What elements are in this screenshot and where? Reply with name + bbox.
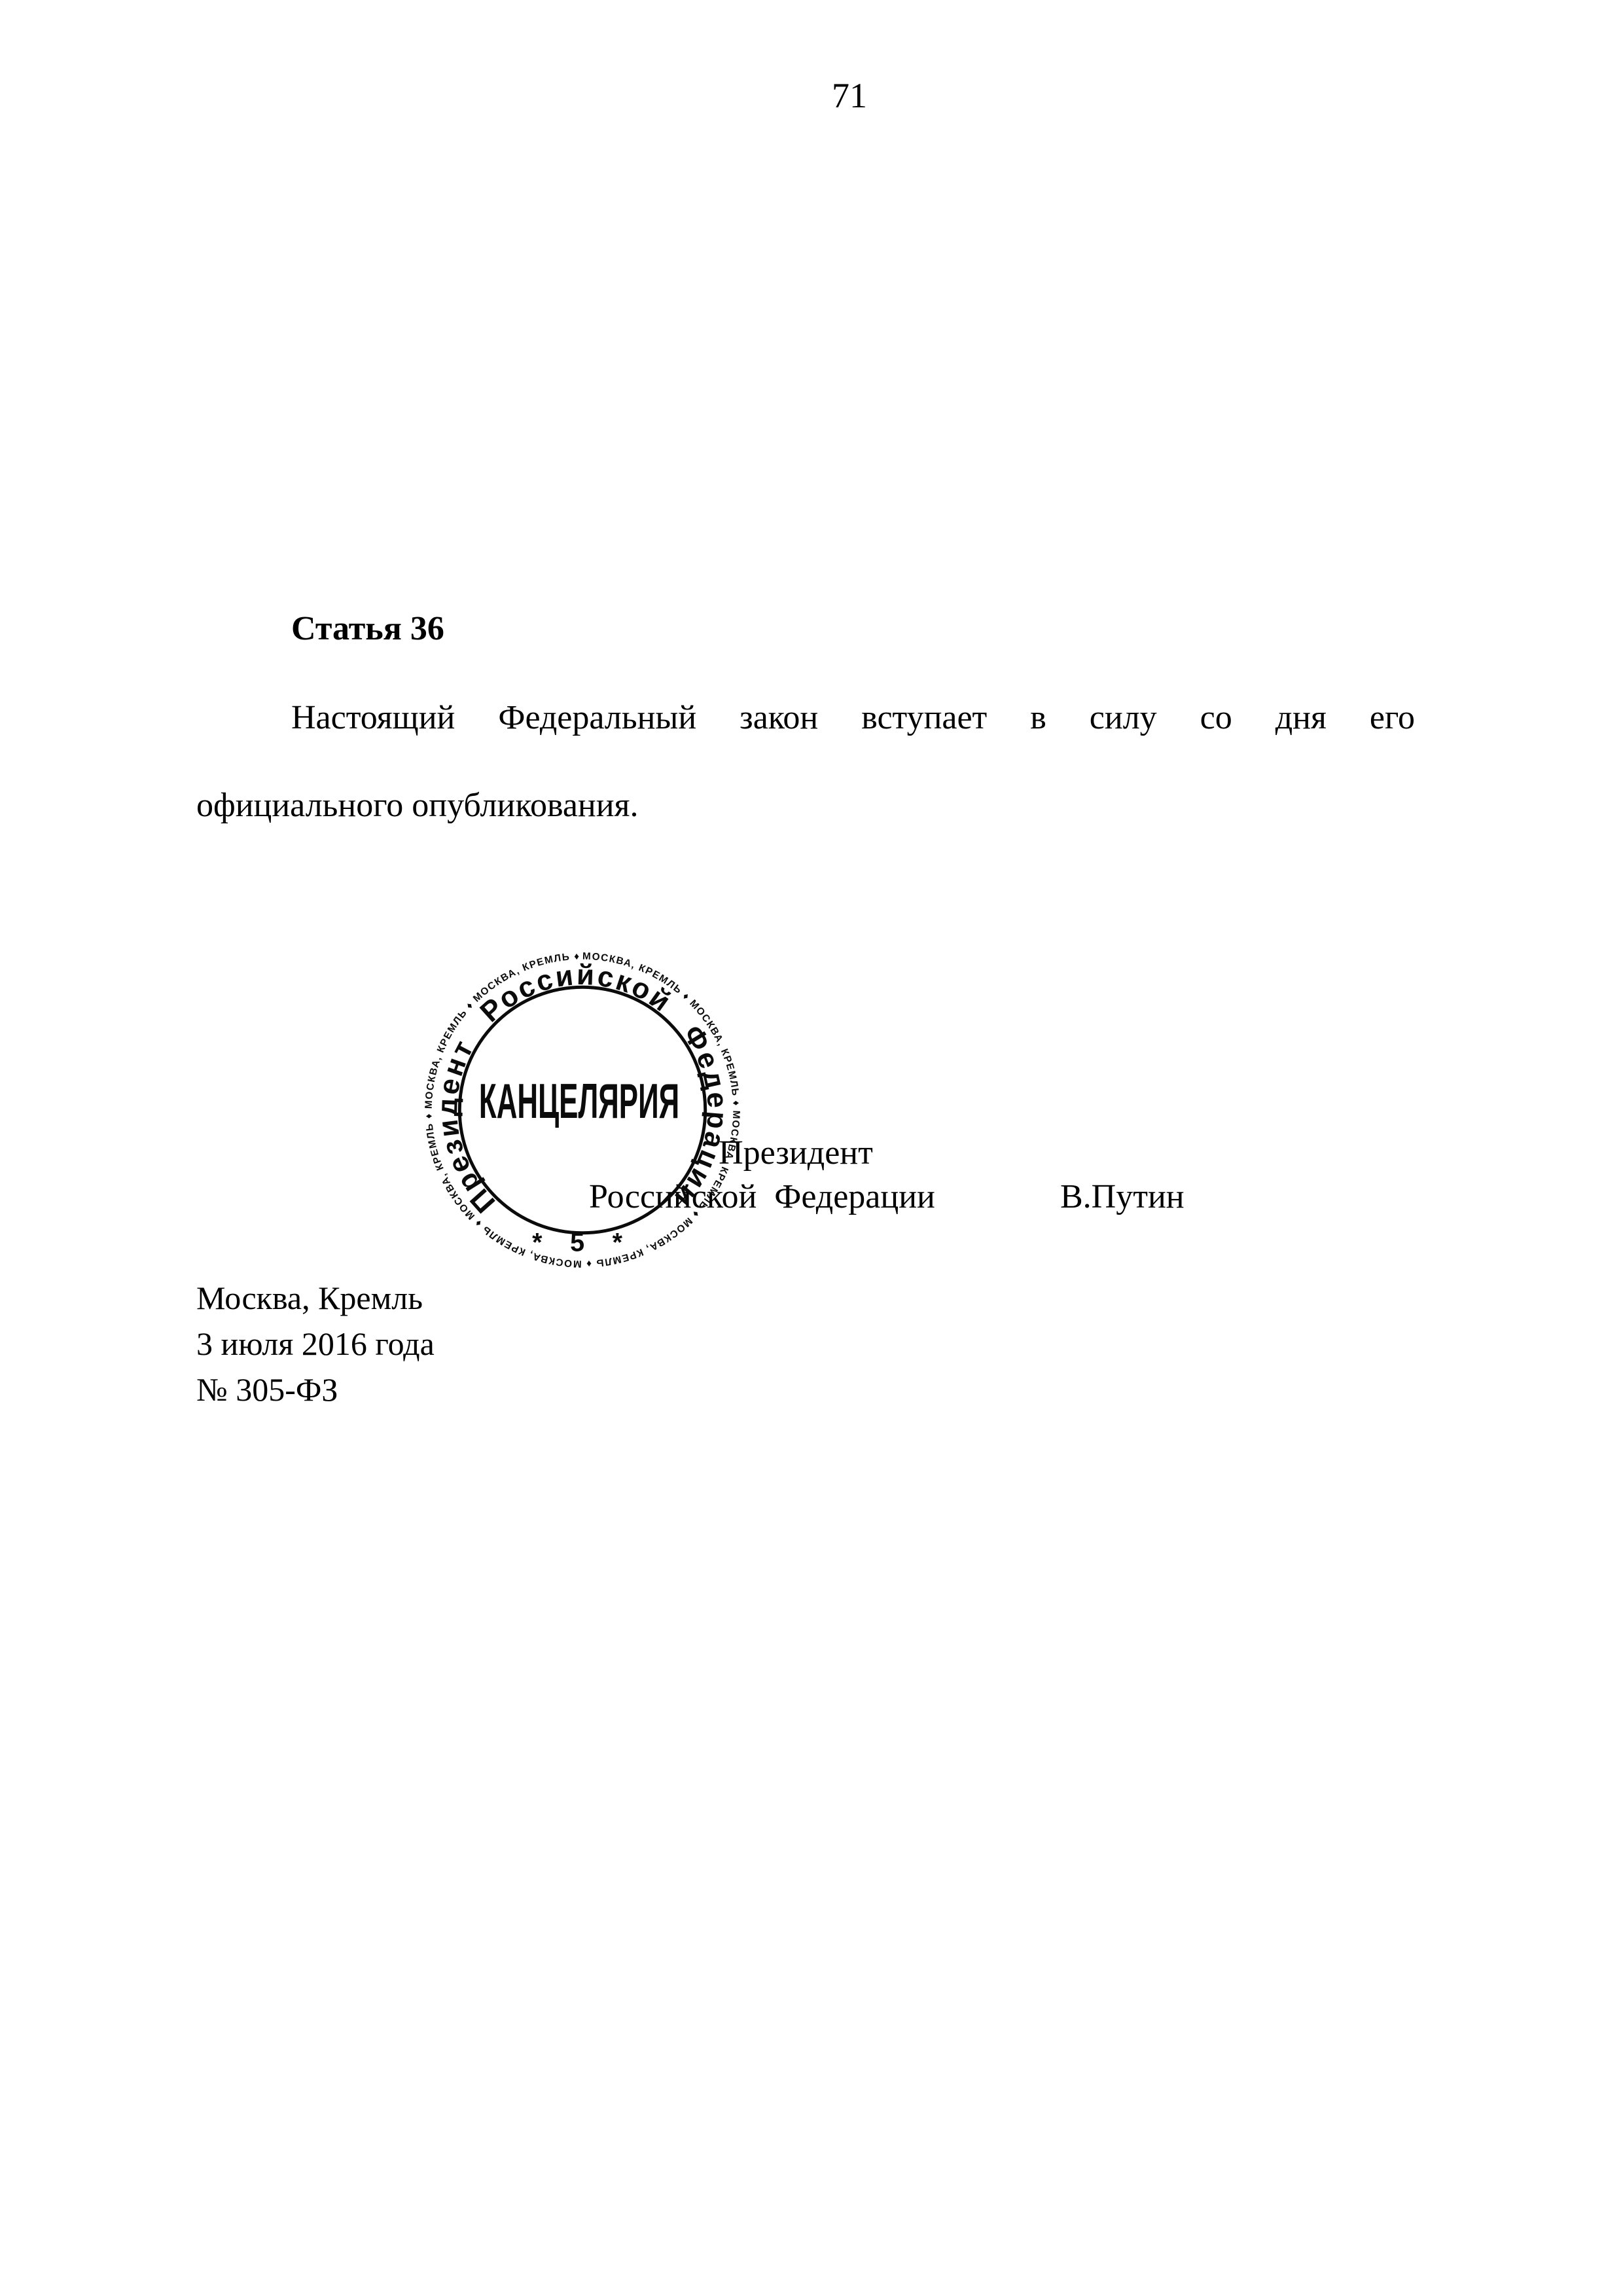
paragraph-line: официального опубликования.: [196, 762, 1415, 850]
article-paragraph: Настоящий Федеральный закон вступает в с…: [196, 674, 1415, 850]
footer-block: Москва, Кремль 3 июля 2016 года № 305-ФЗ: [196, 1275, 435, 1412]
footer-date: 3 июля 2016 года: [196, 1321, 435, 1367]
footer-place: Москва, Кремль: [196, 1275, 435, 1321]
paragraph-line: Настоящий Федеральный закон вступает в с…: [196, 674, 1415, 762]
footer-law-number: № 305-ФЗ: [196, 1367, 435, 1412]
seal-number: * 5 *: [532, 1228, 633, 1257]
page-number: 71: [38, 77, 1623, 114]
seal-center-label: КАНЦЕЛЯРИЯ: [479, 1073, 679, 1128]
article-heading: Статья 36: [196, 611, 1415, 647]
chancellery-seal-stamp: МОСКВА, КРЕМЛЬ ♦ МОСКВА, КРЕМЛЬ ♦ МОСКВА…: [421, 948, 744, 1272]
signature-name: В.Путин: [1060, 1175, 1185, 1219]
document-page: { "page": { "number": "71" }, "article":…: [0, 0, 1623, 2296]
